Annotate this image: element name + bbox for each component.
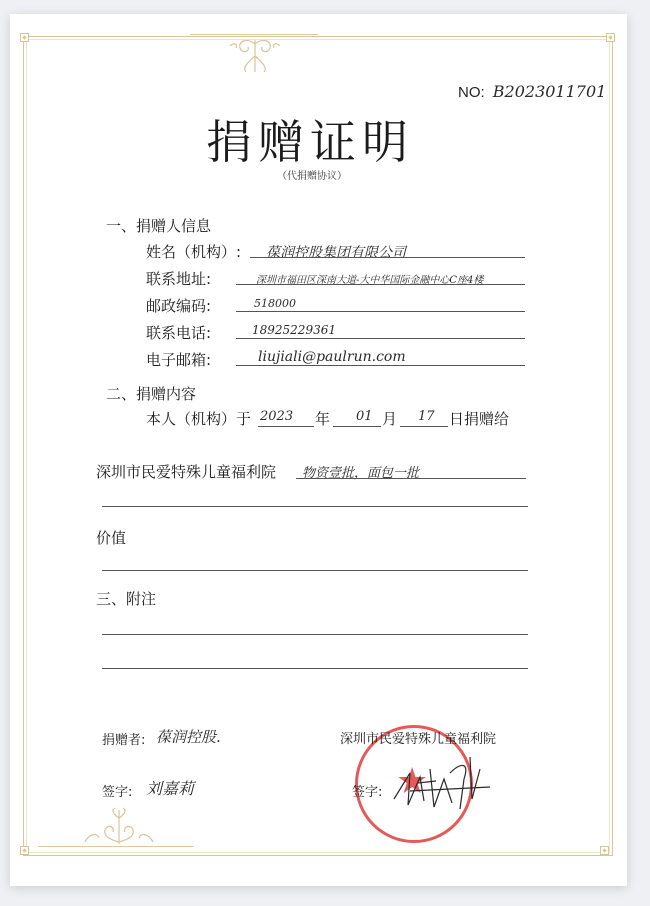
section-heading-donation-content: 二、捐赠内容 bbox=[106, 383, 196, 404]
year-unit: 年 bbox=[315, 408, 330, 429]
field-label-name: 姓名（机构）: bbox=[146, 241, 241, 262]
recipient-signature bbox=[390, 749, 500, 819]
value-label: 价值 bbox=[96, 527, 126, 548]
donor-value: 葆润控股. bbox=[156, 726, 221, 747]
serial-value: B2023011701 bbox=[493, 82, 607, 101]
field-value-email: liujiali@paulrun.com bbox=[258, 349, 406, 365]
section-heading-donor-info: 一、捐赠人信息 bbox=[106, 215, 211, 236]
bottom-flourish-icon bbox=[79, 806, 159, 846]
field-value-phone: 18925229361 bbox=[252, 323, 336, 337]
ornament-line bbox=[190, 34, 318, 35]
field-underline bbox=[236, 365, 525, 366]
corner-ornament-icon bbox=[606, 33, 615, 42]
field-underline bbox=[258, 426, 314, 427]
field-underline bbox=[236, 311, 525, 312]
corner-ornament-icon bbox=[600, 846, 609, 855]
field-underline bbox=[102, 506, 528, 507]
notes-underline bbox=[102, 634, 528, 635]
recipient-sign-label: 签字: bbox=[352, 781, 382, 800]
recipient-name: 深圳市民爱特殊儿童福利院 bbox=[96, 461, 276, 482]
serial-label: NO: bbox=[458, 84, 485, 101]
field-label-phone: 联系电话: bbox=[146, 322, 211, 343]
corner-ornament-icon bbox=[20, 846, 29, 855]
value-underline bbox=[102, 570, 528, 571]
corner-ornament-icon bbox=[20, 33, 29, 42]
donation-month: 01 bbox=[356, 409, 373, 424]
field-underline bbox=[250, 257, 525, 258]
field-value-name: 葆润控股集团有限公司 bbox=[266, 242, 406, 262]
field-label-address: 联系地址: bbox=[146, 268, 211, 289]
field-underline bbox=[333, 426, 381, 427]
section-heading-notes: 三、附注 bbox=[96, 588, 156, 609]
day-suffix: 日捐赠给 bbox=[449, 408, 509, 429]
field-underline bbox=[236, 338, 525, 339]
field-underline bbox=[296, 478, 526, 479]
field-label-email: 电子邮箱: bbox=[146, 349, 211, 370]
donor-signature: 刘嘉莉 bbox=[146, 776, 194, 799]
document-page: NO: B2023011701 捐赠证明 （代捐赠协议） 一、捐赠人信息 姓名（… bbox=[10, 14, 627, 886]
donor-label: 捐赠者: bbox=[102, 729, 145, 748]
notes-underline bbox=[102, 668, 528, 669]
field-label-postcode: 邮政编码: bbox=[146, 295, 211, 316]
donation-year: 2023 bbox=[260, 409, 293, 424]
donor-sign-label: 签字: bbox=[102, 781, 132, 800]
page-subtitle: （代捐赠协议） bbox=[277, 167, 347, 182]
field-underline bbox=[236, 284, 525, 285]
top-flourish-icon bbox=[220, 36, 290, 76]
recipient-org: 深圳市民爱特殊儿童福利院 bbox=[340, 728, 496, 747]
month-unit: 月 bbox=[382, 408, 397, 429]
serial-number: NO: B2023011701 bbox=[458, 82, 606, 101]
donation-sentence-prefix: 本人（机构）于 bbox=[146, 408, 251, 429]
ornament-line bbox=[38, 846, 194, 847]
field-value-postcode: 518000 bbox=[254, 297, 296, 310]
donation-day: 17 bbox=[418, 409, 435, 424]
field-underline bbox=[400, 426, 448, 427]
page-title: 捐赠证明 bbox=[206, 106, 414, 172]
